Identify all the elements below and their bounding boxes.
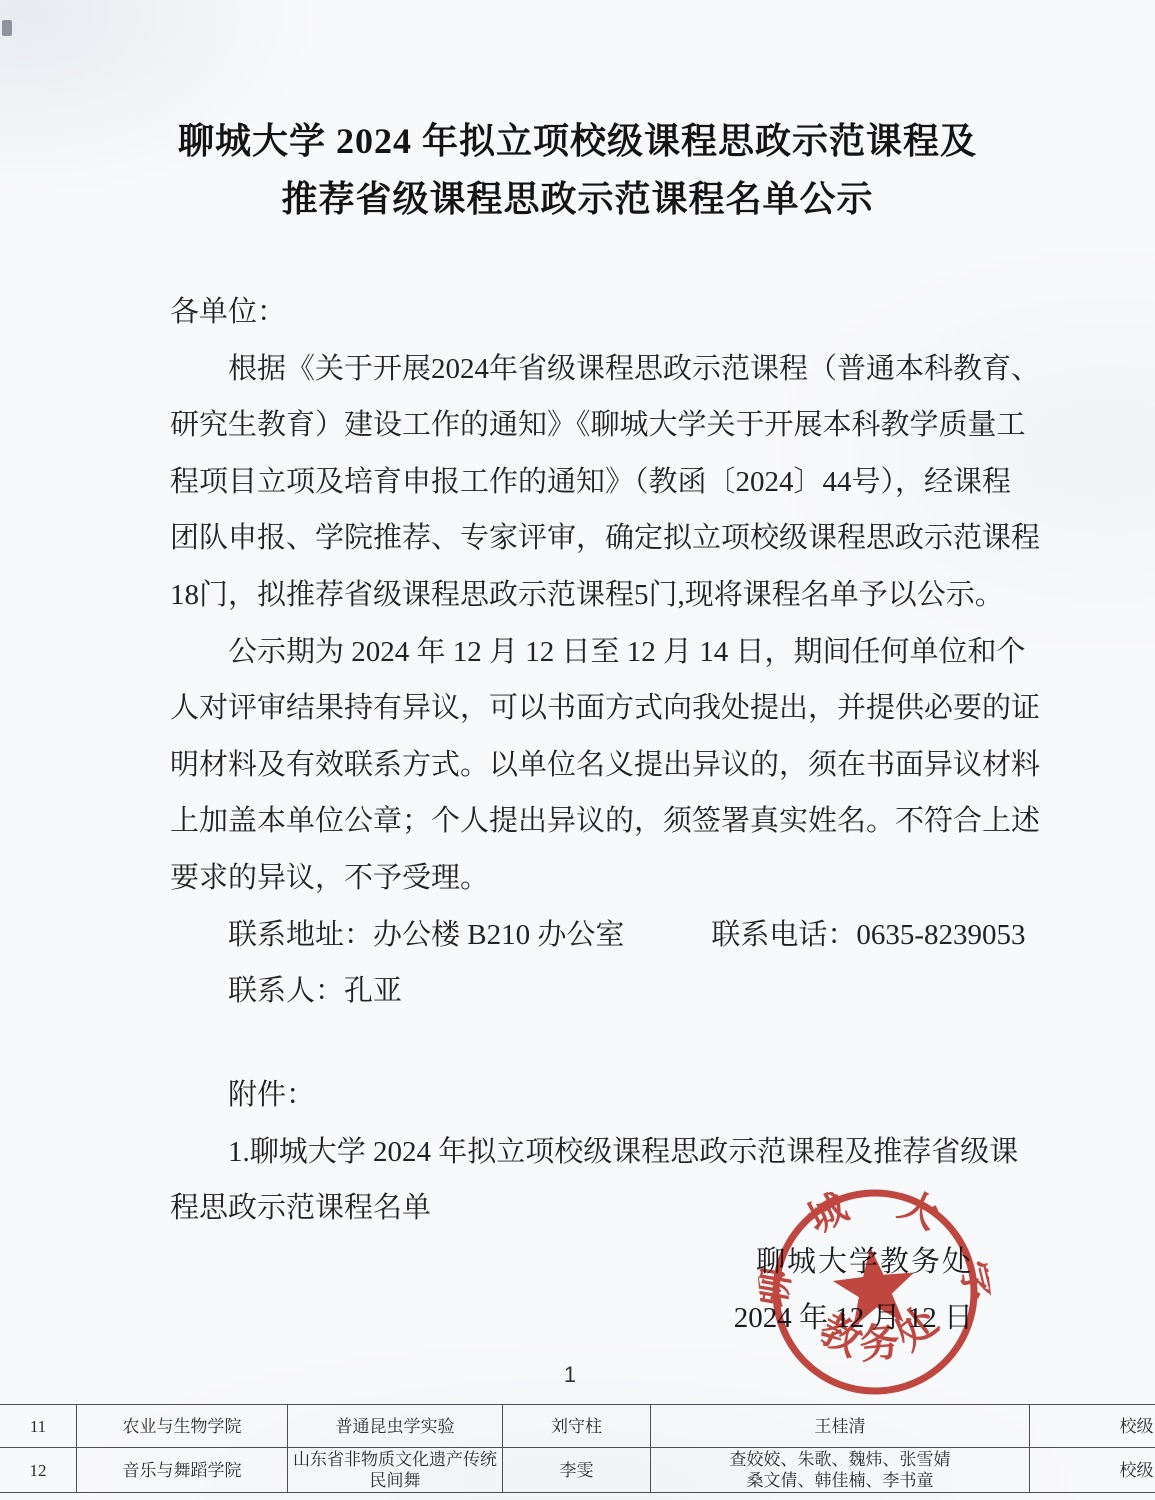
cell-course-name: 普通昆虫学实验 xyxy=(288,1405,503,1448)
cell-row-number: 12 xyxy=(0,1448,77,1493)
document-body: 各单位： 根据《关于开展2024年省级课程思政示范课程（普通本科教育、 研究生教… xyxy=(170,284,990,1020)
page-number: 1 xyxy=(540,1362,600,1388)
official-seal-stamp: 聊城大学 教务处 xyxy=(749,1166,1002,1419)
body-line: 各单位： xyxy=(170,284,990,341)
contact-person-line: 联系人：孔亚 xyxy=(170,963,990,1020)
cell-level: 校级 xyxy=(1030,1405,1155,1448)
cell-course-leader: 李雯 xyxy=(503,1448,651,1493)
cell-row-number: 11 xyxy=(0,1405,77,1448)
cell-college: 音乐与舞蹈学院 xyxy=(77,1448,288,1493)
scanned-document-page: 聊城大学 2024 年拟立项校级课程思政示范课程及 推荐省级课程思政示范课程名单… xyxy=(0,0,1155,1500)
cell-college: 农业与生物学院 xyxy=(77,1405,288,1448)
scan-artifact xyxy=(2,20,12,36)
table-row: 11 农业与生物学院 普通昆虫学实验 刘守柱 王桂清 校级 xyxy=(0,1405,1155,1448)
contact-address-line: 联系地址：办公楼 B210 办公室 联系电话：0635-8239053 xyxy=(170,907,990,964)
attachment-line-1: 1.聊城大学 2024 年拟立项校级课程思政示范课程及推荐省级课 xyxy=(170,1124,990,1181)
cell-level: 校级 xyxy=(1030,1448,1155,1493)
body-line: 研究生教育）建设工作的通知》《聊城大学关于开展本科教学质量工 xyxy=(170,397,990,454)
table-row: 12 音乐与舞蹈学院 山东省非物质文化遗产传统民间舞 李雯 查姣姣、朱歌、魏炜、… xyxy=(0,1448,1155,1493)
body-line: 程项目立项及培育申报工作的通知》（教函〔2024〕44号），经课程 xyxy=(170,454,990,511)
title-line-2: 推荐省级课程思政示范课程名单公示 xyxy=(0,170,1155,228)
cell-team-members: 王桂清 xyxy=(651,1405,1030,1448)
body-line: 明材料及有效联系方式。以单位名义提出异议的，须在书面异议材料 xyxy=(170,737,990,794)
cell-course-leader: 刘守柱 xyxy=(503,1405,651,1448)
body-line: 人对评审结果持有异议，可以书面方式向我处提出，并提供必要的证 xyxy=(170,680,990,737)
attachment-label: 附件： xyxy=(170,1067,990,1124)
body-line: 要求的异议，不予受理。 xyxy=(170,850,990,907)
course-list-table: 11 农业与生物学院 普通昆虫学实验 刘守柱 王桂清 校级 12 音乐与舞蹈学院… xyxy=(0,1404,1155,1493)
body-line: 上加盖本单位公章；个人提出异议的，须签署真实姓名。不符合上述 xyxy=(170,793,990,850)
document-title: 聊城大学 2024 年拟立项校级课程思政示范课程及 推荐省级课程思政示范课程名单… xyxy=(0,112,1155,228)
cell-team-members: 查姣姣、朱歌、魏炜、张雪婧 桑文倩、韩佳楠、李书童 xyxy=(651,1448,1030,1493)
body-line: 18门，拟推荐省级课程思政示范课程5门,现将课程名单予以公示。 xyxy=(170,567,990,624)
body-line: 公示期为 2024 年 12 月 12 日至 12 月 14 日，期间任何单位和… xyxy=(170,624,990,681)
title-line-1: 聊城大学 2024 年拟立项校级课程思政示范课程及 xyxy=(0,112,1155,170)
body-line: 根据《关于开展2024年省级课程思政示范课程（普通本科教育、 xyxy=(170,341,990,398)
body-line: 团队申报、学院推荐、专家评审，确定拟立项校级课程思政示范课程 xyxy=(170,510,990,567)
cell-course-name: 山东省非物质文化遗产传统民间舞 xyxy=(288,1448,503,1493)
